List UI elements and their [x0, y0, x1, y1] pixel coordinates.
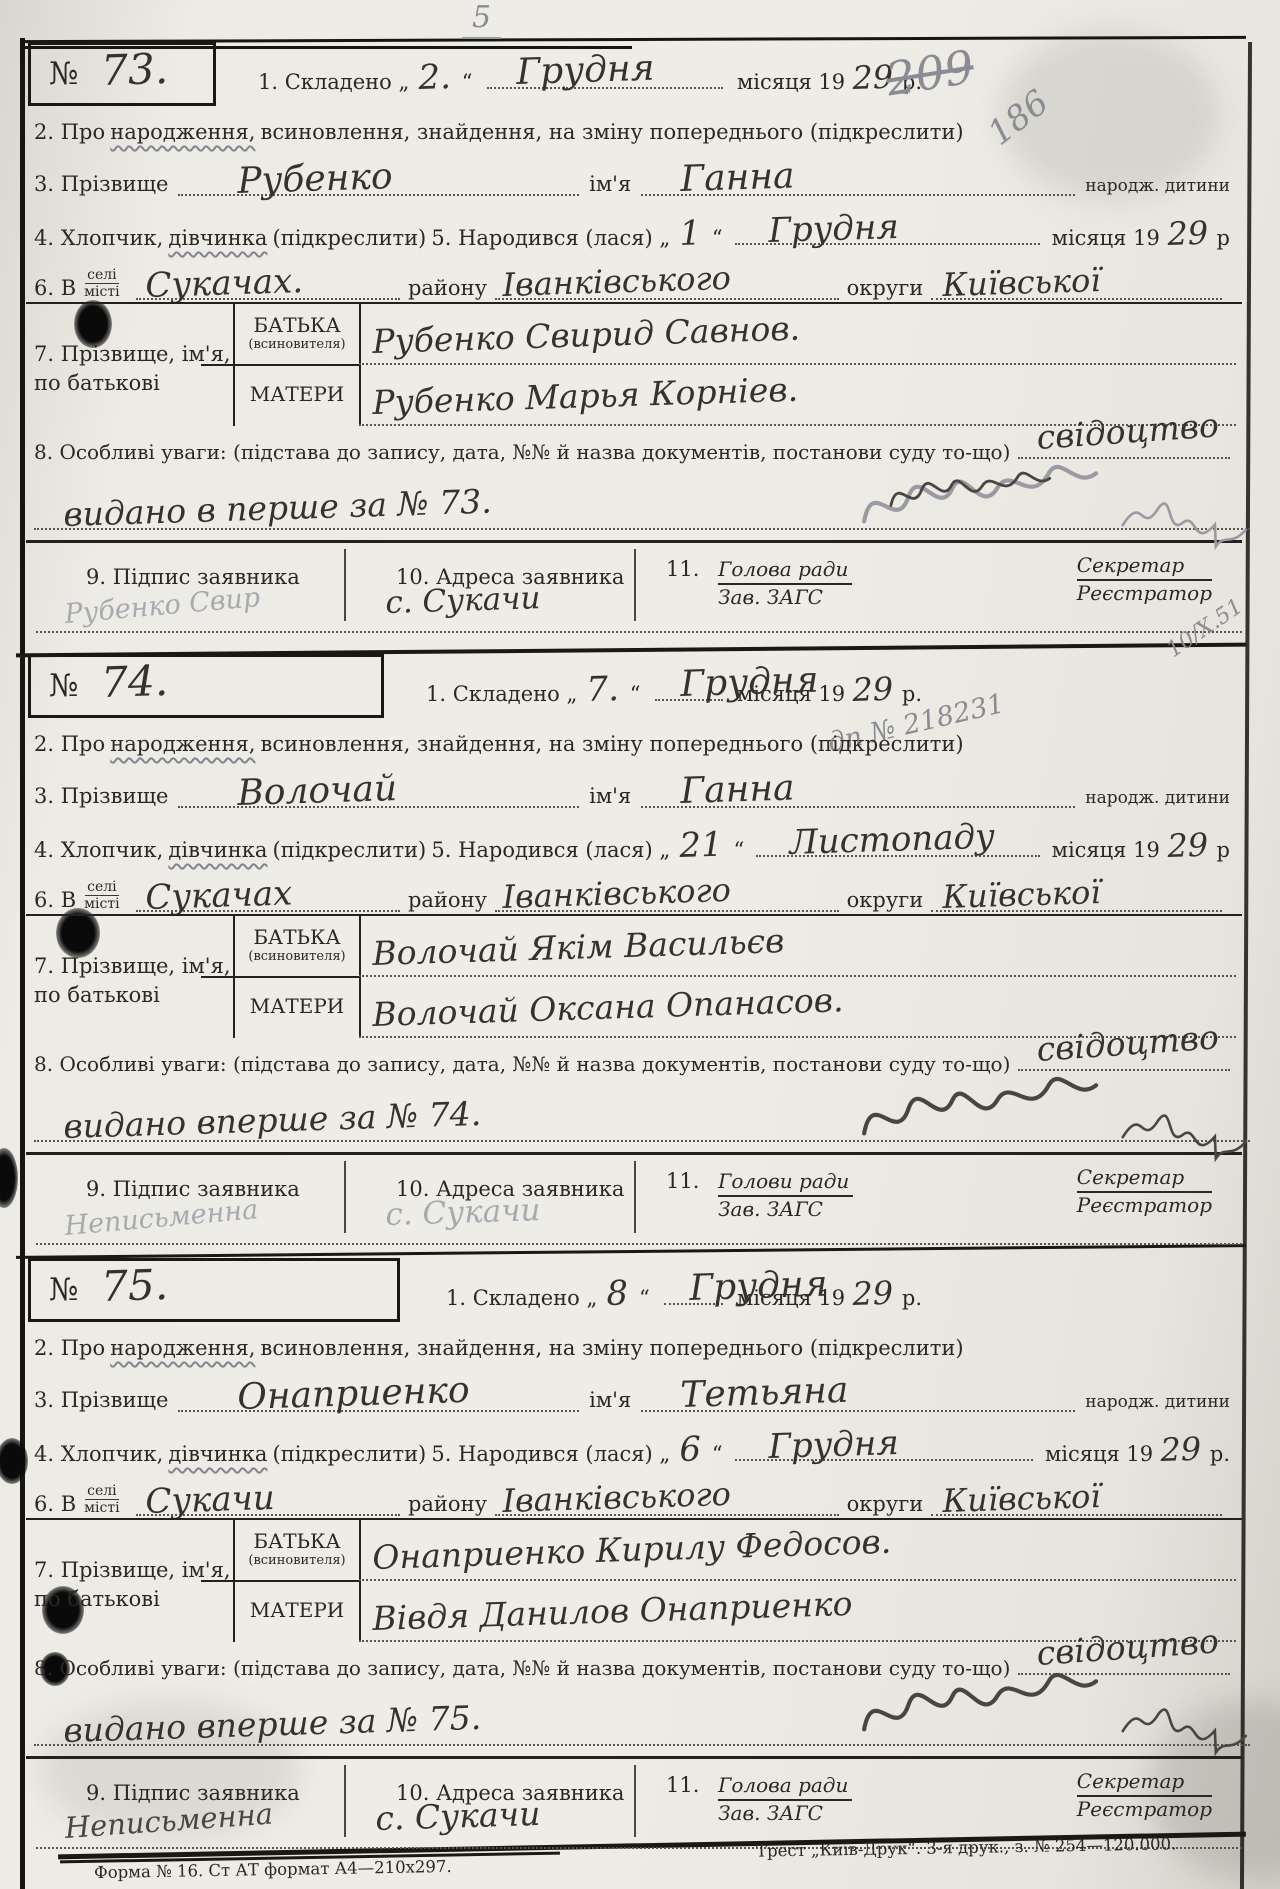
- field2-prefix: 2. Про: [34, 732, 105, 756]
- name-handwritten: Ганна: [680, 767, 795, 812]
- father-entry-handwritten: Волочай Якім Васильєв: [372, 921, 785, 973]
- mother-entry-handwritten: Рубенко Марья Корніев.: [372, 370, 799, 422]
- quote: “: [639, 1286, 650, 1310]
- year-handwritten: 29: [852, 670, 894, 709]
- surname-label: 3. Прізвище: [34, 172, 168, 196]
- underline-hint: (підкреслити): [273, 226, 427, 250]
- surname-label: 3. Прізвище: [34, 1388, 168, 1412]
- parents-header-column: БАТЬКА (всиновителя) МАТЕРИ: [233, 916, 361, 1038]
- remarks-label: 8. Особливі уваги: (підстава до запису, …: [34, 1052, 1010, 1076]
- field6-row: 6. В селі місті Сукачах. району Іванківс…: [34, 256, 1230, 300]
- officials-label: 11. Голова ради Зав. ЗАГС: [666, 1773, 852, 1826]
- parents-entries: Онаприенко Кирилу Федосов. Вівдя Данилов…: [359, 1520, 1236, 1642]
- composed-day-handwritten: 7.: [586, 669, 620, 710]
- father-entry-line: Рубенко Свирид Савнов.: [359, 304, 1236, 365]
- month-year-label: місяця 19: [1052, 226, 1160, 250]
- town-option: місті: [84, 896, 119, 912]
- parents-label-line2: по батькові: [34, 369, 231, 398]
- field3-row: 3. Прізвище Рубенко ім'я Ганна народж. д…: [34, 154, 1230, 196]
- quote: “: [630, 682, 641, 706]
- composed-row: 1. Складено „ 2. “ Грудня місяця 19 29 р…: [258, 58, 922, 98]
- year-suffix: р: [1217, 838, 1230, 862]
- officials-label: 11. Голова ради Зав. ЗАГС: [666, 557, 852, 610]
- head-of-council-label: Голова ради: [718, 557, 852, 585]
- child-birth-label: народж. дитини: [1085, 1392, 1230, 1412]
- adopter-label: (всиновителя): [235, 337, 359, 352]
- remark-line-handwritten: видано вперше за № 74.: [63, 1094, 482, 1146]
- in-label: 6. В: [34, 888, 76, 912]
- rayon-label: району: [408, 276, 487, 300]
- parents-label-line2: по батькові: [34, 1585, 231, 1614]
- parents-label: 7. Прізвище, ім'я, по батькові: [34, 1556, 231, 1615]
- table-dotted-baseline: [36, 1243, 1242, 1245]
- parents-entries: Волочай Якім Васильєв Волочай Оксана Опа…: [359, 916, 1236, 1038]
- field2-row: 2. Про народження, всиновлення, знайденн…: [34, 120, 1230, 144]
- village-town-fraction: селі місті: [84, 1483, 119, 1516]
- girl-underlined: дівчинка: [168, 838, 267, 862]
- village-option: селі: [85, 1483, 119, 1500]
- registrar-label: Реєстратор: [1077, 581, 1212, 606]
- born-month-handwritten: Листопаду: [789, 817, 996, 863]
- registrar-label: Реєстратор: [1077, 1193, 1212, 1218]
- village-town-fraction: селі місті: [84, 879, 119, 912]
- name-label: ім'я: [589, 1388, 631, 1412]
- field2-rest: всиновлення, знайдення, на зміну поперед…: [261, 732, 964, 756]
- in-label: 6. В: [34, 276, 76, 300]
- composed-row: 1. Складено „ 7. “ Грудня місяця 19 29 р…: [426, 670, 922, 710]
- parents-label: 7. Прізвище, ім'я, по батькові: [34, 340, 231, 399]
- column-divider: [344, 1765, 346, 1837]
- field4-5-row: 4. Хлопчик, дівчинка (підкреслити) 5. На…: [34, 214, 1230, 254]
- rayon-label: району: [408, 888, 487, 912]
- name-label: ім'я: [589, 172, 631, 196]
- no-label: №: [49, 668, 78, 704]
- page-number-note: 5: [462, 0, 501, 39]
- born-year-handwritten: 29: [1167, 214, 1209, 253]
- village-option: селі: [85, 879, 119, 896]
- child-birth-label: народж. дитини: [1085, 788, 1230, 808]
- village-town-fraction: селі місті: [84, 267, 119, 300]
- born-label: 5. Народився (лася) „: [431, 1442, 670, 1466]
- no-label: №: [49, 56, 78, 92]
- parents-header-column: БАТЬКА (всиновителя) МАТЕРИ: [233, 304, 361, 426]
- column-divider: [344, 1161, 346, 1233]
- applicant-signature-label: 9. Підпис заявника: [86, 565, 300, 589]
- remark-line-handwritten: видано вперше за № 75.: [63, 1698, 482, 1750]
- field2-underlined-word: народження,: [110, 120, 255, 144]
- zags-label: Зав. ЗАГС: [718, 1801, 852, 1826]
- composed-label: 1. Складено „: [426, 682, 577, 706]
- father-label: БАТЬКА: [235, 925, 359, 949]
- column-divider: [634, 1161, 636, 1233]
- village-option: селі: [85, 267, 119, 284]
- field4-5-row: 4. Хлопчик, дівчинка (підкреслити) 5. На…: [34, 826, 1230, 866]
- year-suffix: р.: [1210, 1442, 1230, 1466]
- quote: “: [712, 1442, 723, 1466]
- born-month-handwritten: Грудня: [767, 1423, 899, 1467]
- name-handwritten: Тетьяна: [680, 1370, 849, 1416]
- record-number-box: № 75.: [28, 1258, 400, 1322]
- girl-underlined: дівчинка: [168, 226, 267, 250]
- mother-label: МАТЕРИ: [235, 1598, 359, 1622]
- field2-prefix: 2. Про: [34, 1336, 105, 1360]
- surname-handwritten: Рубенко: [237, 156, 393, 202]
- record-number-handwritten: 74.: [101, 655, 169, 706]
- field6-row: 6. В селі місті Сукачах району Іванківсь…: [34, 868, 1230, 912]
- composed-month-handwritten: Грудня: [688, 1264, 827, 1309]
- year-suffix: р.: [902, 682, 922, 706]
- mother-label: МАТЕРИ: [235, 382, 359, 406]
- town-option: місті: [84, 1500, 119, 1516]
- field2-row: 2. Про народження, всиновлення, знайденн…: [34, 1336, 1230, 1360]
- parents-header-column: БАТЬКА (всиновителя) МАТЕРИ: [233, 1520, 361, 1642]
- quote: “: [712, 226, 723, 250]
- boy-label: 4. Хлопчик,: [34, 226, 163, 250]
- boy-label: 4. Хлопчик,: [34, 838, 163, 862]
- okruga-label: округи: [847, 1492, 924, 1516]
- record-number-handwritten: 75.: [101, 1259, 169, 1310]
- quote: “: [462, 70, 473, 94]
- composed-day-handwritten: 2.: [418, 57, 452, 98]
- surname-handwritten: Онаприенко: [237, 1370, 470, 1418]
- mother-label: МАТЕРИ: [235, 994, 359, 1018]
- father-entry-line: Волочай Якім Васильєв: [359, 916, 1236, 977]
- column-divider: [344, 549, 346, 621]
- in-label: 6. В: [34, 1492, 76, 1516]
- child-birth-label: народж. дитини: [1085, 176, 1230, 196]
- boy-label: 4. Хлопчик,: [34, 1442, 163, 1466]
- remark-line-handwritten: видано в перше за № 73.: [63, 482, 492, 534]
- father-mother-divider: [201, 976, 359, 978]
- field2-prefix: 2. Про: [34, 120, 105, 144]
- underline-hint: (підкреслити): [273, 838, 427, 862]
- field2-rest: всиновлення, знайдення, на зміну поперед…: [261, 120, 964, 144]
- surname-label: 3. Прізвище: [34, 784, 168, 808]
- registrar-label: Реєстратор: [1077, 1797, 1212, 1822]
- father-label: БАТЬКА: [235, 313, 359, 337]
- applicant-signature-label: 9. Підпис заявника: [86, 1177, 300, 1201]
- father-entry-handwritten: Рубенко Свирид Савнов.: [372, 309, 801, 361]
- column-divider: [634, 1765, 636, 1837]
- born-day-handwritten: 6: [679, 1429, 702, 1470]
- month-year-label: місяця 19: [1045, 1442, 1153, 1466]
- father-label: БАТЬКА: [235, 1529, 359, 1553]
- born-year-handwritten: 29: [1167, 826, 1209, 865]
- girl-underlined: дівчинка: [168, 1442, 267, 1466]
- born-month-handwritten: Грудня: [767, 207, 899, 251]
- year-suffix: р: [1217, 226, 1230, 250]
- rayon-handwritten: Іванківського: [502, 1475, 732, 1520]
- place-handwritten: Сукачах: [144, 873, 292, 918]
- okruga-handwritten: Київської: [942, 873, 1101, 916]
- born-day-handwritten: 1: [679, 213, 702, 254]
- okruga-handwritten: Київської: [942, 261, 1101, 304]
- name-handwritten: Ганна: [680, 155, 795, 200]
- composed-label: 1. Складено „: [446, 1286, 597, 1310]
- signatures-table: 9. Підпис заявника 10. Адреса заявника 1…: [26, 1152, 1242, 1253]
- born-label: 5. Народився (лася) „: [431, 226, 670, 250]
- field11-number: 11.: [666, 1773, 699, 1797]
- no-label: №: [49, 1272, 78, 1308]
- parents-entries: Рубенко Свирид Савнов. Рубенко Марья Кор…: [359, 304, 1236, 426]
- field2-rest: всиновлення, знайдення, на зміну поперед…: [261, 1336, 964, 1360]
- surname-handwritten: Волочай: [237, 768, 398, 814]
- okruga-label: округи: [847, 276, 924, 300]
- place-handwritten: Сукачи: [144, 1478, 275, 1522]
- field2-row: 2. Про народження, всиновлення, знайденн…: [34, 732, 1230, 756]
- name-label: ім'я: [589, 784, 631, 808]
- left-border-line: [20, 38, 25, 1889]
- town-option: місті: [84, 284, 119, 300]
- field6-row: 6. В селі місті Сукачи району Іванківськ…: [34, 1472, 1230, 1516]
- month-year-label: місяця 19: [737, 70, 845, 94]
- composed-label: 1. Складено „: [258, 70, 409, 94]
- field2-underlined-word: народження,: [110, 1336, 255, 1360]
- zags-label: Зав. ЗАГС: [718, 585, 852, 610]
- rayon-handwritten: Іванківського: [502, 259, 732, 304]
- applicant-address-handwritten: с. Сукачи: [385, 1192, 541, 1233]
- field2-underlined-word: народження,: [110, 732, 255, 756]
- column-divider: [634, 549, 636, 621]
- year-handwritten: 29: [852, 1274, 894, 1313]
- signatures-table: 9. Підпис заявника 10. Адреса заявника 1…: [26, 540, 1242, 641]
- record-75: № 75. 1. Складено „ 8 “ Грудня місяця 19…: [26, 1256, 1242, 1856]
- applicant-signature-handwritten: Рубенко Свир: [63, 582, 261, 630]
- quote: “: [734, 838, 745, 862]
- composed-month-handwritten: Грудня: [679, 660, 818, 705]
- field4-5-row: 4. Хлопчик, дівчинка (підкреслити) 5. На…: [34, 1430, 1230, 1470]
- applicant-signature-handwritten: Неписьменна: [63, 1194, 259, 1242]
- underline-hint: (підкреслити): [273, 1442, 427, 1466]
- year-suffix: р.: [902, 1286, 922, 1310]
- born-label: 5. Народився (лася) „: [431, 838, 670, 862]
- applicant-address-handwritten: с. Сукачи: [375, 1794, 541, 1838]
- parents-label-line2: по батькові: [34, 981, 231, 1010]
- father-entry-line: Онаприенко Кирилу Федосов.: [359, 1520, 1236, 1581]
- field3-row: 3. Прізвище Онаприенко ім'я Тетьяна наро…: [34, 1370, 1230, 1412]
- adopter-label: (всиновителя): [235, 1553, 359, 1568]
- month-year-label: місяця 19: [1052, 838, 1160, 862]
- composed-month-handwritten: Грудня: [515, 48, 654, 93]
- mother-entry-handwritten: Волочай Оксана Опанасов.: [372, 980, 844, 1034]
- father-mother-divider: [201, 364, 359, 366]
- zags-label: Зав. ЗАГС: [718, 1197, 853, 1222]
- scanned-birth-register-page: 5 № 73. 1. Складено „ 2. “ Грудня місяця…: [0, 0, 1280, 1889]
- parents-label: 7. Прізвище, ім'я, по батькові: [34, 952, 231, 1011]
- margin-number-crossed: 209: [882, 39, 977, 106]
- rayon-handwritten: Іванківського: [502, 871, 732, 916]
- born-day-handwritten: 21: [679, 825, 724, 866]
- rayon-label: району: [408, 1492, 487, 1516]
- place-handwritten: Сукачах.: [144, 261, 303, 306]
- officials-label: 11. Голови ради Зав. ЗАГС: [666, 1169, 853, 1222]
- table-dotted-baseline: [36, 631, 1242, 633]
- record-74: № 74. 1. Складено „ 7. “ Грудня місяця 1…: [26, 652, 1242, 1252]
- field3-row: 3. Прізвище Волочай ім'я Ганна народж. д…: [34, 766, 1230, 808]
- head-of-council-label: Голова ради: [718, 1773, 852, 1801]
- record-number-box: № 74.: [28, 654, 384, 718]
- field11-number: 11.: [666, 1169, 699, 1193]
- father-entry-handwritten: Онаприенко Кирилу Федосов.: [372, 1522, 892, 1577]
- adopter-label: (всиновителя): [235, 949, 359, 964]
- record-number-box: № 73.: [28, 42, 216, 106]
- composed-row: 1. Складено „ 8 “ Грудня місяця 19 29 р.: [446, 1274, 922, 1314]
- applicant-address-handwritten: с. Сукачи: [385, 580, 541, 621]
- remarks-label: 8. Особливі уваги: (підстава до запису, …: [34, 440, 1010, 464]
- born-year-handwritten: 29: [1160, 1430, 1202, 1469]
- field11-number: 11.: [666, 557, 699, 581]
- father-mother-divider: [201, 1580, 359, 1582]
- composed-day-handwritten: 8: [606, 1273, 629, 1314]
- okruga-label: округи: [847, 888, 924, 912]
- okruga-handwritten: Київської: [942, 1477, 1101, 1520]
- head-of-council-label: Голови ради: [718, 1169, 853, 1197]
- parents-block: 7. Прізвище, ім'я, по батькові БАТЬКА (в…: [26, 302, 1242, 430]
- record-73: № 73. 1. Складено „ 2. “ Грудня місяця 1…: [26, 40, 1242, 640]
- parents-block: 7. Прізвище, ім'я, по батькові БАТЬКА (в…: [26, 914, 1242, 1042]
- parents-block: 7. Прізвище, ім'я, по батькові БАТЬКА (в…: [26, 1518, 1242, 1646]
- punch-hole: [0, 1148, 18, 1208]
- mother-entry-handwritten: Вівдя Данилов Онаприенко: [372, 1584, 853, 1638]
- record-number-handwritten: 73.: [101, 43, 169, 94]
